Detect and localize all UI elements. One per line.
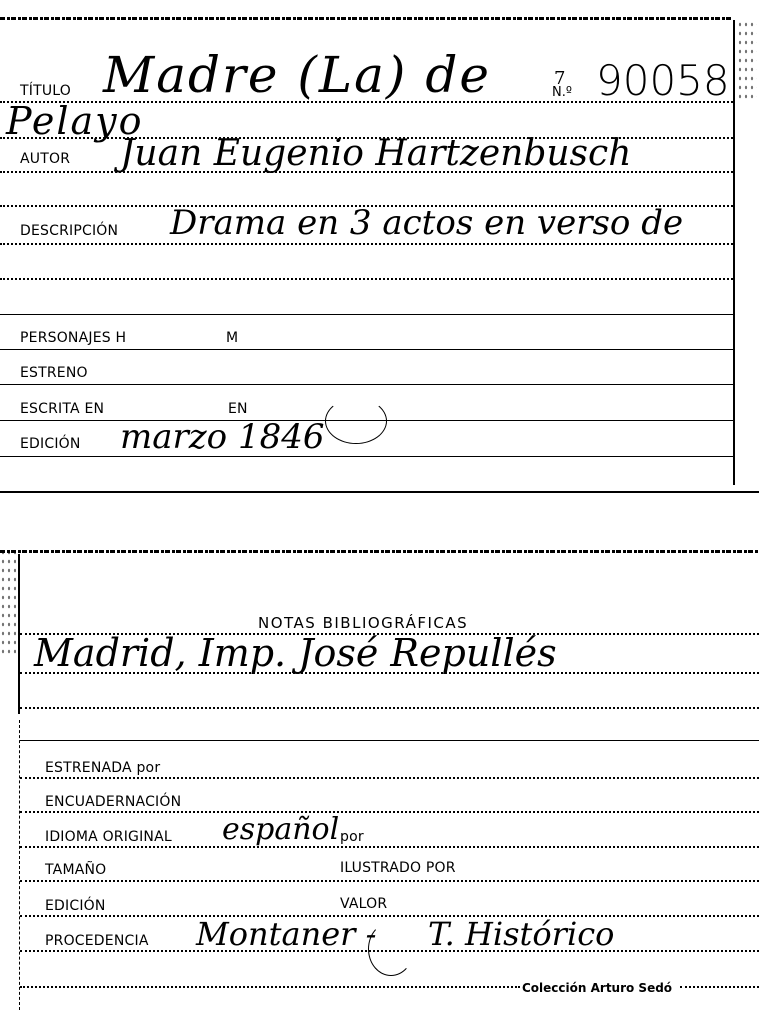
ruled-line xyxy=(0,278,733,280)
numero-label: 7 N.º xyxy=(552,86,572,99)
titulo-label: TÍTULO xyxy=(20,84,71,98)
card-right-border xyxy=(733,20,735,485)
card-top-edge xyxy=(0,17,731,20)
ruled-line xyxy=(20,672,759,674)
catalog-card-back: NOTAS BIBLIOGRÁFICAS Madrid, Imp. José R… xyxy=(0,540,759,1028)
autor-label: AUTOR xyxy=(20,152,70,166)
numero-mark: 7 xyxy=(554,70,565,88)
ruled-line xyxy=(0,314,733,315)
procedencia-value-2: T. Histórico xyxy=(428,918,614,950)
ruled-line xyxy=(0,349,733,350)
personajes-label: PERSONAJES H xyxy=(20,331,126,345)
card-top-edge xyxy=(0,550,759,553)
idioma-original-value: español xyxy=(222,815,339,845)
procedencia-label: PROCEDENCIA xyxy=(45,934,149,948)
card-edge-noise xyxy=(0,548,16,658)
escrita-en-en-label: EN xyxy=(228,402,248,416)
notas-value: Madrid, Imp. José Repullés xyxy=(34,634,557,672)
ruled-line xyxy=(0,243,733,245)
autor-value: Juan Eugenio Hartzenbusch xyxy=(120,136,631,172)
ruled-line xyxy=(20,707,759,709)
valor-label: VALOR xyxy=(340,897,387,911)
card-edge-noise xyxy=(737,20,757,100)
ruled-line xyxy=(20,880,759,882)
collection-credit: Colección Arturo Sedó xyxy=(522,981,672,995)
catalog-card-front: TÍTULO Madre (La) de 7 N.º 90058 Pelayo … xyxy=(0,0,759,493)
descripcion-label: DESCRIPCIÓN xyxy=(20,224,118,238)
ruled-line xyxy=(20,950,759,952)
ruled-line xyxy=(20,846,759,848)
tamano-label: TAMAÑO xyxy=(45,863,106,877)
edicion-label: EDICIÓN xyxy=(45,899,106,913)
ruled-line xyxy=(20,740,759,741)
numero-value: 90058 xyxy=(596,60,730,102)
ruled-line xyxy=(0,456,733,457)
idioma-original-label: IDIOMA ORIGINAL xyxy=(45,830,172,844)
encuadernacion-label: ENCUADERNACIÓN xyxy=(45,795,181,809)
estreno-label: ESTRENO xyxy=(20,366,88,380)
ruled-line xyxy=(20,915,759,917)
procedencia-value: Montaner - xyxy=(196,918,376,950)
punch-hole-mark xyxy=(368,922,414,976)
ruled-line xyxy=(0,384,733,385)
edicion-label: EDICIÓN xyxy=(20,437,81,451)
personajes-m-label: M xyxy=(226,331,238,345)
ruled-line xyxy=(20,986,520,988)
notas-heading: NOTAS BIBLIOGRÁFICAS xyxy=(258,616,468,631)
idioma-original-por-label: por xyxy=(340,830,364,844)
ruled-line xyxy=(20,777,759,779)
punch-hole-mark xyxy=(325,398,387,444)
titulo-value: Madre (La) de xyxy=(103,50,491,100)
card-bottom-edge xyxy=(0,491,759,493)
card-left-border-dashed xyxy=(19,720,20,1010)
estrenada-por-label: ESTRENADA por xyxy=(45,761,160,775)
edicion-value: marzo 1846 xyxy=(120,420,324,454)
ruled-line xyxy=(680,986,759,988)
descripcion-value: Drama en 3 actos en verso de xyxy=(170,206,683,240)
ruled-line xyxy=(20,811,759,813)
ilustrado-por-label: ILUSTRADO POR xyxy=(340,861,456,875)
escrita-en-label: ESCRITA EN xyxy=(20,402,104,416)
